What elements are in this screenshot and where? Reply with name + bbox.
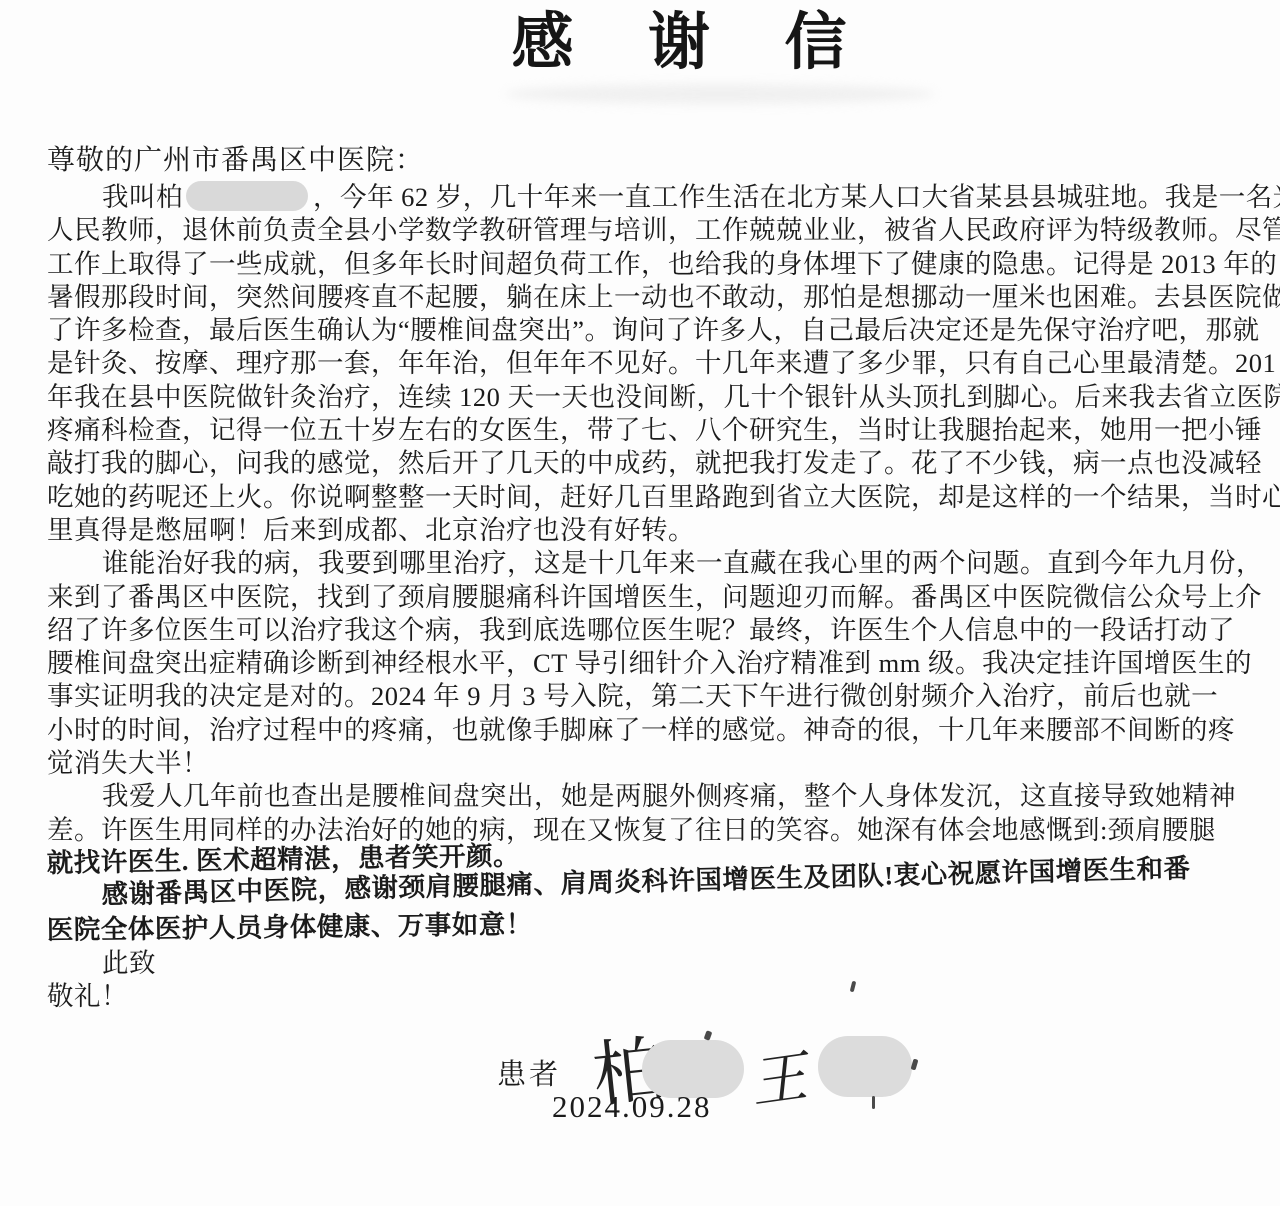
letter-line: 来到了番禺区中医院，找到了颈肩腰腿痛科许国增医生，问题迎刃而解。番禺区中医院微信… <box>47 581 1280 614</box>
letter-line: 里真得是憋屈啊！后来到成都、北京治疗也没有好转。 <box>47 514 1280 547</box>
letter-line: 腰椎间盘突出症精确诊断到神经根水平，CT 导引细针介入治疗精准到 mm 级。我决… <box>47 647 1280 680</box>
letter-line-text: ，今年 62 岁，几十年来一直工作生活在北方某人口大省某县县城驻地。我是一名光荣… <box>313 182 1280 212</box>
letter-line: 敲打我的脚心，问我的感觉，然后开了几天的中成药，就把我打发走了。花了不少钱，病一… <box>47 447 1280 480</box>
signer-label: 患者 <box>497 1052 561 1093</box>
letter-line: 是针灸、按摩、理疗那一套，年年治，但年年不见好。十几年来遭了多少罪，只有自己心里… <box>47 347 1280 380</box>
letter-line: 年我在县中医院做针灸治疗，连续 120 天一天也没间断，几十个银针从头顶扎到脚心… <box>47 381 1280 414</box>
ink-mark <box>911 1059 919 1071</box>
letter-line: 我爱人几年前也查出是腰椎间盘突出，她是两腿外侧疼痛，整个人身体发沉，这直接导致她… <box>47 780 1280 813</box>
letter-line: 人民教师，退休前负责全县小学数学教研管理与培训，工作兢兢业业，被省人民政府评为特… <box>47 214 1280 247</box>
letter-line: 绍了许多位医生可以治疗我这个病，我到底选哪位医生呢？最终，许医生个人信息中的一段… <box>47 614 1280 647</box>
letter-title: 感 谢 信 <box>0 0 1280 81</box>
letter-body: 我叫柏，今年 62 岁，几十年来一直工作生活在北方某人口大省某县县城驻地。我是一… <box>47 181 1280 1021</box>
letter-line: 我叫柏，今年 62 岁，几十年来一直工作生活在北方某人口大省某县县城驻地。我是一… <box>47 181 1280 214</box>
ink-mark <box>872 1096 875 1109</box>
letter-line: 工作上取得了一些成就，但多年长时间超负荷工作，也给我的身体埋下了健康的隐患。记得… <box>47 248 1280 281</box>
letter-line: 谁能治好我的病，我要到哪里治疗，这是十几年来一直藏在我心里的两个问题。直到今年九… <box>47 547 1280 580</box>
letter-line: 暑假那段时间，突然间腰疼直不起腰，躺在床上一动也不敢动，那怕是想挪动一厘米也困难… <box>47 281 1280 314</box>
signature-surname-2: 王 <box>745 1032 812 1119</box>
scan-smudge <box>505 84 935 104</box>
letter-line-text: 我叫柏 <box>102 182 183 212</box>
letter-line: 觉消失大半！ <box>47 747 1280 780</box>
letter-line: 吃她的药呢还上火。你说啊整整一天时间，赶好几百里路跑到省立大医院，却是这样的一个… <box>47 481 1280 514</box>
letter-line: 小时的时间，治疗过程中的疼痛，也就像手脚麻了一样的感觉。神奇的很，十几年来腰部不… <box>47 714 1280 747</box>
letter-page: 感 谢 信 尊敬的广州市番禺区中医院： 我叫柏，今年 62 岁，几十年来一直工作… <box>0 0 1280 1206</box>
salutation: 尊敬的广州市番禺区中医院： <box>47 138 424 178</box>
letter-line: 事实证明我的决定是对的。2024 年 9 月 3 号入院，第二天下午进行微创射频… <box>47 680 1280 713</box>
letter-line: 此致 <box>47 947 1280 980</box>
letter-line: 敬礼！ <box>47 980 1280 1013</box>
signature-date: 2024.09.28 <box>552 1089 712 1125</box>
redaction-blob-2 <box>818 1036 912 1097</box>
letter-line: 疼痛科检查，记得一位五十岁左右的女医生，带了七、八个研究生，当时让我腿抬起来，她… <box>47 414 1280 447</box>
letter-line: 了许多检查，最后医生确认为“腰椎间盘突出”。询问了许多人，自己最后决定还是先保守… <box>47 314 1280 347</box>
redacted-name <box>186 181 308 211</box>
